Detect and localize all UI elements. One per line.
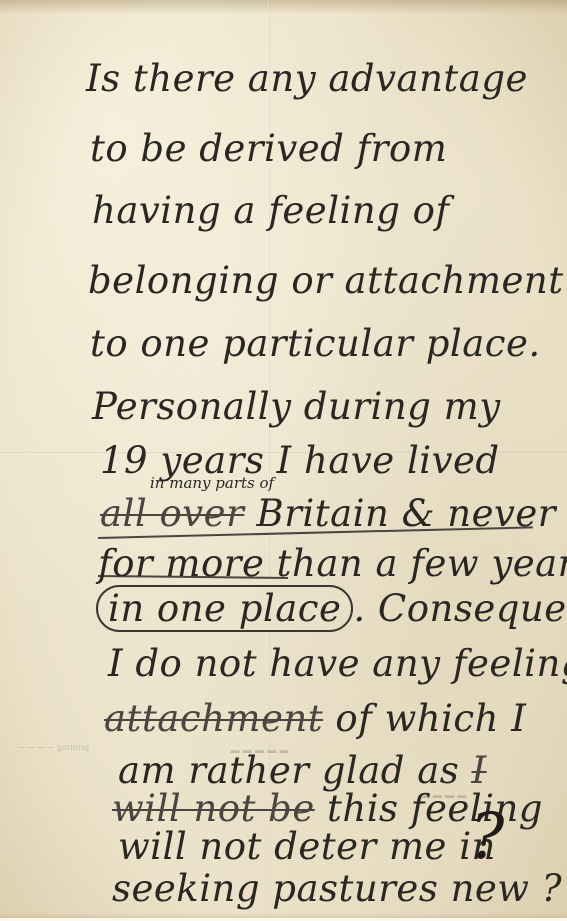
note-line-5: to one particular place.: [90, 325, 541, 362]
struck-text: will not be: [112, 787, 315, 830]
note-line-10: in one place. Consequently: [96, 590, 567, 627]
inserted-text: in many parts of: [150, 474, 274, 492]
note-line-12: attachment of which I: [104, 700, 526, 737]
handwritten-page: printing ─ ─ ─ ─ ▬ ▬ ▬ ▬ ▬ ▬ ▬ ▬ ▬ Is th…: [0, 0, 567, 921]
struck-text: attachment: [104, 697, 323, 740]
line-text: of which I: [335, 697, 526, 740]
line-text: am rather glad as: [118, 749, 459, 792]
note-line-8: all over Britain & never: [100, 495, 556, 532]
note-line-15: will not deter me in: [118, 828, 496, 865]
note-line-13: am rather glad as I: [118, 752, 487, 789]
struck-text: I: [472, 749, 487, 792]
note-line-4: belonging or attachment: [88, 262, 564, 299]
question-mark-annotation: ?: [470, 800, 504, 874]
note-line-11: I do not have any feeling of: [108, 645, 567, 682]
circled-text: in one place: [96, 585, 353, 632]
note-line-1: Is there any advantage: [86, 60, 528, 97]
note-line-2: to be derived from: [90, 130, 447, 167]
note-line-6: Personally during my: [92, 388, 501, 425]
struck-text: all over: [100, 492, 244, 535]
note-line-9: for more than a few years,: [98, 545, 567, 582]
line-text: . Consequently: [353, 587, 567, 630]
note-line-3: having a feeling of: [92, 192, 450, 229]
note-line-16: seeking pastures new ?: [112, 870, 562, 907]
line-text: this feeling: [327, 787, 543, 830]
show-through-text: printing ─ ─ ─ ─: [18, 742, 89, 752]
